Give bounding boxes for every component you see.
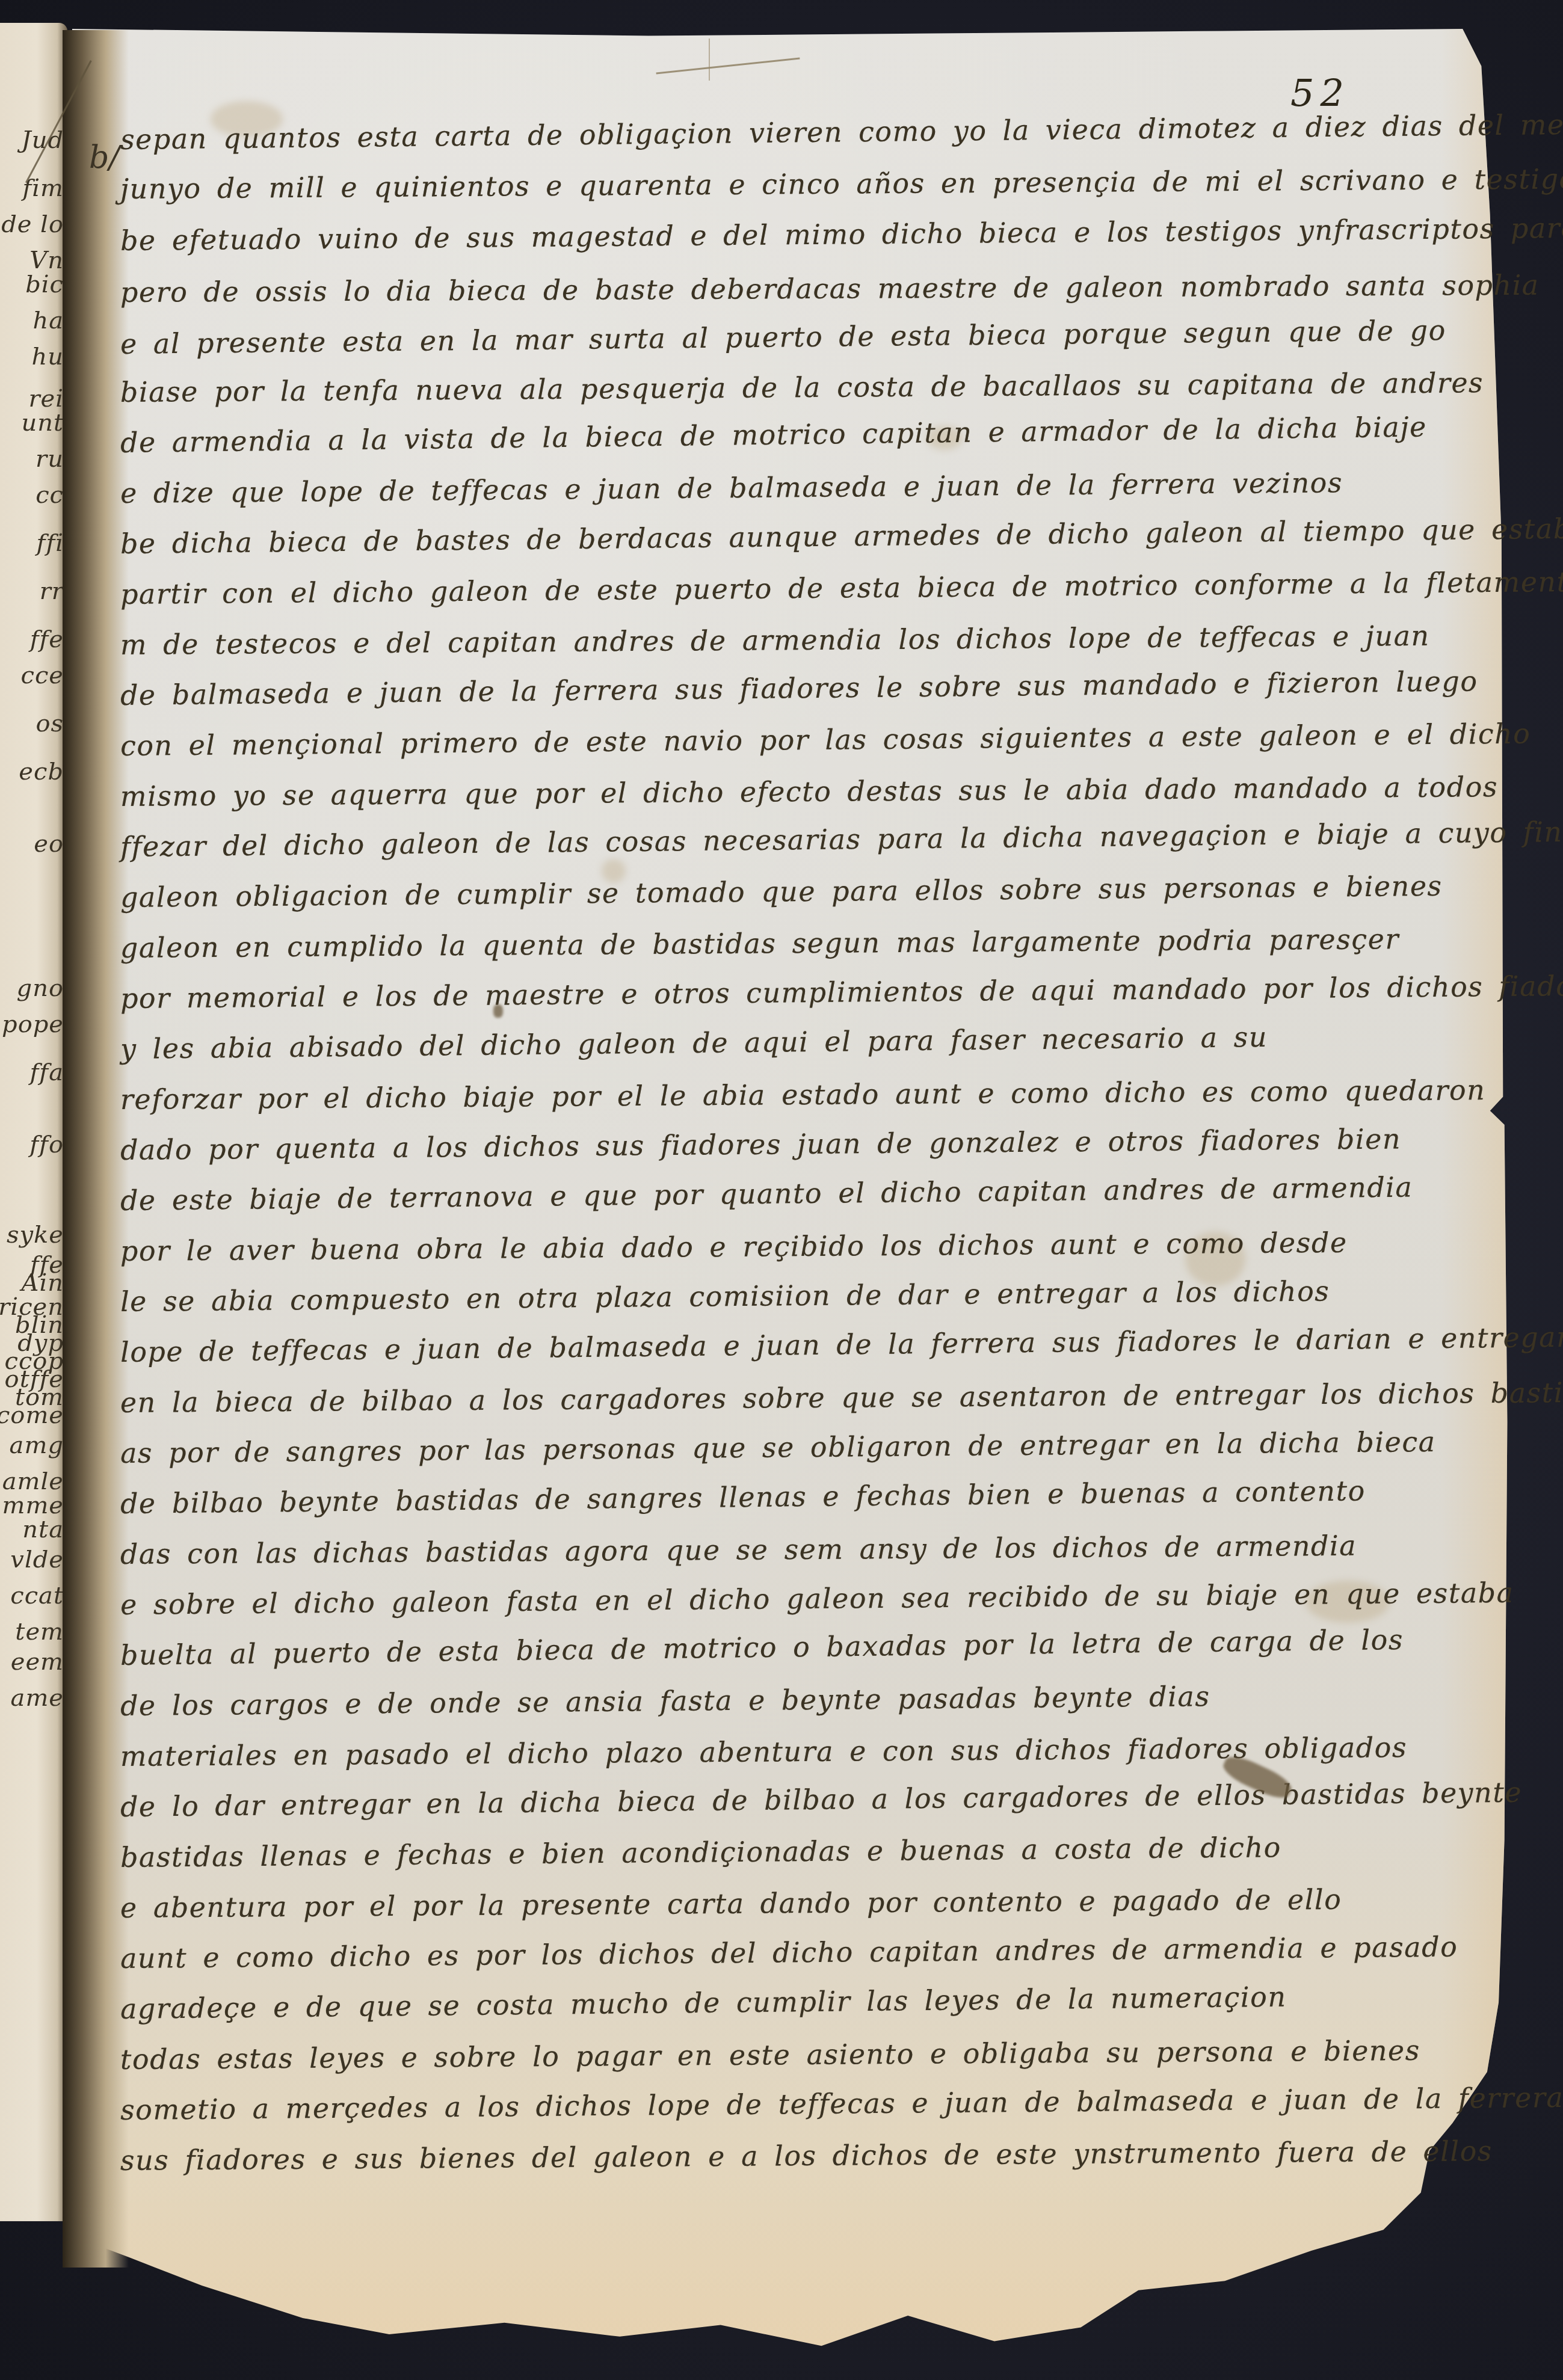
facing-page-text-fragment: ru	[35, 445, 64, 473]
facing-page-text-fragment: gno	[17, 974, 64, 1002]
ink-blot	[493, 1004, 503, 1018]
facing-page-text-fragment: ffe	[30, 626, 64, 653]
facing-page-text-fragment: ffo	[29, 1131, 64, 1158]
facing-page-text-fragment: pope	[2, 1010, 64, 1038]
facing-page-text-fragment: cce	[21, 662, 64, 689]
facing-page-text-fragment: ccat	[10, 1582, 64, 1610]
facing-page-fragment: Judfimde loVnbichahureiuntruccffirrffecc…	[0, 23, 67, 2221]
facing-page-text-fragment: ame	[11, 1684, 64, 1712]
facing-page-text-fragment: tem	[15, 1618, 64, 1646]
margin-mark: b/	[89, 140, 120, 176]
facing-page-text-fragment: come	[0, 1401, 64, 1429]
facing-page-text-fragment: de lo	[1, 211, 64, 238]
facing-page-text-fragment: ecb	[19, 758, 64, 786]
facing-page-text-fragment: ffi	[37, 529, 64, 557]
facing-page-text-fragment: eem	[11, 1648, 64, 1676]
top-margin-cross-stroke	[709, 38, 710, 81]
facing-page-text-fragment: cc	[35, 481, 64, 509]
facing-page-text-fragment: ha	[32, 307, 64, 334]
facing-page-text-fragment: os	[35, 710, 64, 737]
facing-page-text-fragment: bic	[25, 271, 64, 298]
facing-page-text-fragment: rr	[40, 577, 64, 605]
facing-page-text-fragment: vlde	[10, 1546, 64, 1573]
facing-page-text-fragment: amg	[10, 1431, 64, 1459]
facing-page-text-fragment: syke	[7, 1221, 64, 1249]
facing-page-text-fragment: eo	[34, 830, 64, 858]
facing-page-text-fragment: unt	[21, 409, 64, 437]
folio-number: 52	[1290, 71, 1350, 115]
facing-page-text-fragment: ffa	[30, 1059, 64, 1086]
facing-page-text-fragment: hu	[31, 343, 64, 371]
facing-page-text-fragment: nta	[22, 1516, 64, 1543]
